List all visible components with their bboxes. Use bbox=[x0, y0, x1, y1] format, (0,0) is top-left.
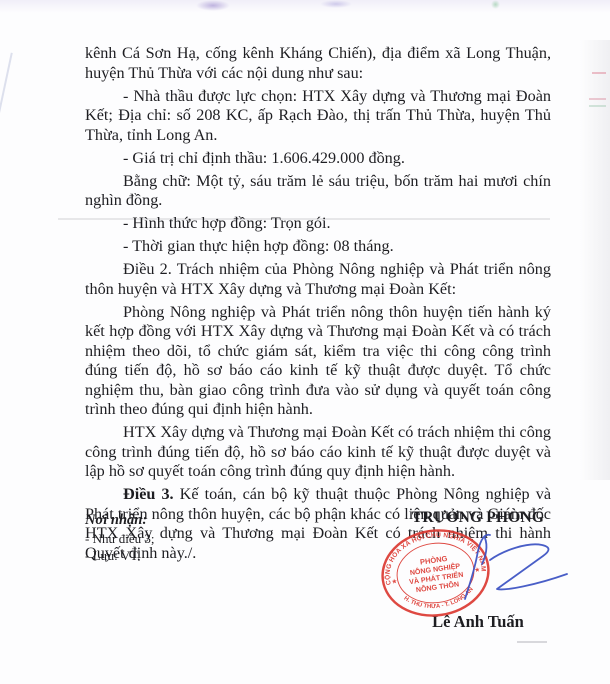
body-paragraph: - Giá trị chỉ định thầu: 1.606.429.000 đ… bbox=[85, 149, 551, 169]
body-paragraph: Điều 2. Trách nhiệm của Phòng Nông nghiệ… bbox=[85, 260, 551, 299]
body-paragraph: Phòng Nông nghiệp và Phát triển nông thô… bbox=[85, 303, 551, 420]
body-paragraph: HTX Xây dựng và Thương mại Đoàn Kết có t… bbox=[85, 423, 551, 482]
scan-mark-artifact bbox=[589, 98, 606, 107]
scan-smudge-artifact bbox=[320, 0, 352, 8]
recipient-item: - Như điều 3; bbox=[85, 531, 155, 548]
scanned-document-page: kênh Cá Sơn Hạ, cống kênh Kháng Chiến), … bbox=[0, 0, 610, 684]
recipient-item: - Lưu: VT. bbox=[85, 548, 155, 565]
body-paragraph: - Hình thức hợp đồng: Trọn gói. bbox=[85, 214, 551, 234]
body-paragraph: - Thời gian thực hiện hợp đồng: 08 tháng… bbox=[85, 237, 551, 257]
scan-scratch-artifact bbox=[0, 53, 13, 127]
scan-smudge-artifact bbox=[196, 0, 230, 11]
recipients-label: Nơi nhận: bbox=[85, 512, 155, 529]
stamp-star-icon: ★ bbox=[391, 578, 398, 586]
document-body: kênh Cá Sơn Hạ, cống kênh Kháng Chiến), … bbox=[85, 44, 551, 567]
body-paragraph: Bằng chữ: Một tỷ, sáu trăm lẻ sáu triệu,… bbox=[85, 172, 551, 211]
scan-mark-artifact bbox=[491, 0, 500, 9]
handwritten-signature bbox=[438, 517, 590, 619]
body-paragraph: kênh Cá Sơn Hạ, cống kênh Kháng Chiến), … bbox=[85, 44, 551, 83]
scan-mark-artifact bbox=[592, 72, 606, 74]
recipients-block: Nơi nhận: - Như điều 3; - Lưu: VT. bbox=[85, 512, 155, 564]
body-paragraph: - Nhà thầu được lực chọn: HTX Xây dựng v… bbox=[85, 87, 551, 146]
article-3-lead: Điều 3. bbox=[123, 485, 174, 503]
scan-mark-artifact bbox=[517, 641, 547, 643]
scan-wash-artifact bbox=[0, 0, 610, 13]
